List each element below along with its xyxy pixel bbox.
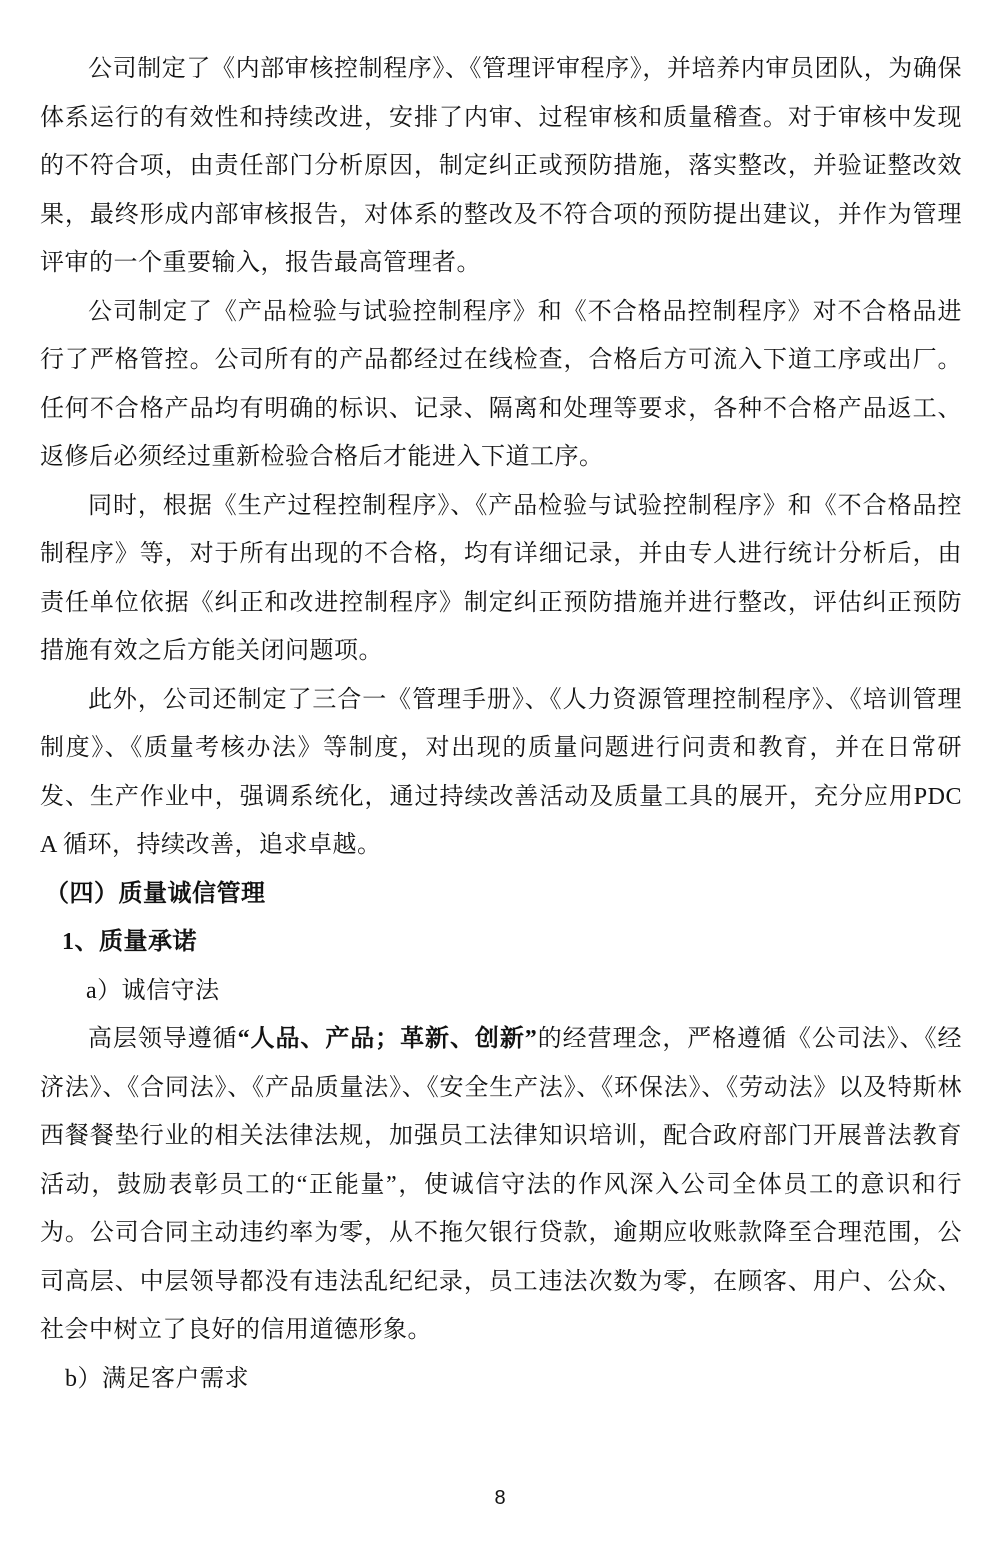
paragraph-nonconformity-handling: 同时，根据《生产过程控制程序》、《产品检验与试验控制程序》和《不合格品控制程序》… <box>40 482 962 676</box>
document-content: 公司制定了《内部审核控制程序》、《管理评审程序》，并培养内审员团队，为确保体系运… <box>40 45 962 1403</box>
integrity-paragraph-prefix: 高层领导遵循 <box>88 1026 238 1052</box>
integrity-paragraph-body: 的经营理念，严格遵循《公司法》、《经济法》、《合同法》、《产品质量法》、《安全生… <box>40 1026 962 1343</box>
section-heading-quality-integrity: （四）质量诚信管理 <box>40 870 962 919</box>
item-heading-integrity-law: a）诚信守法 <box>40 967 962 1016</box>
paragraph-product-inspection: 公司制定了《产品检验与试验控制程序》和《不合格品控制程序》对不合格品进行了严格管… <box>40 288 962 482</box>
subsection-heading-quality-commitment: 1、质量承诺 <box>40 918 962 967</box>
paragraph-internal-audit: 公司制定了《内部审核控制程序》、《管理评审程序》，并培养内审员团队，为确保体系运… <box>40 45 962 288</box>
business-philosophy-quote: “人品、产品；革新、创新” <box>238 1026 538 1052</box>
document-page: 公司制定了《内部审核控制程序》、《管理评审程序》，并培养内审员团队，为确保体系运… <box>0 0 1000 1551</box>
item-heading-customer-needs: b）满足客户需求 <box>40 1355 962 1404</box>
paragraph-integrity-compliance: 高层领导遵循“人品、产品；革新、创新”的经营理念，严格遵循《公司法》、《经济法》… <box>40 1015 962 1355</box>
page-number: 8 <box>0 1483 1000 1513</box>
paragraph-three-in-one-system: 此外，公司还制定了三合一《管理手册》、《人力资源管理控制程序》、《培训管理制度》… <box>40 676 962 870</box>
